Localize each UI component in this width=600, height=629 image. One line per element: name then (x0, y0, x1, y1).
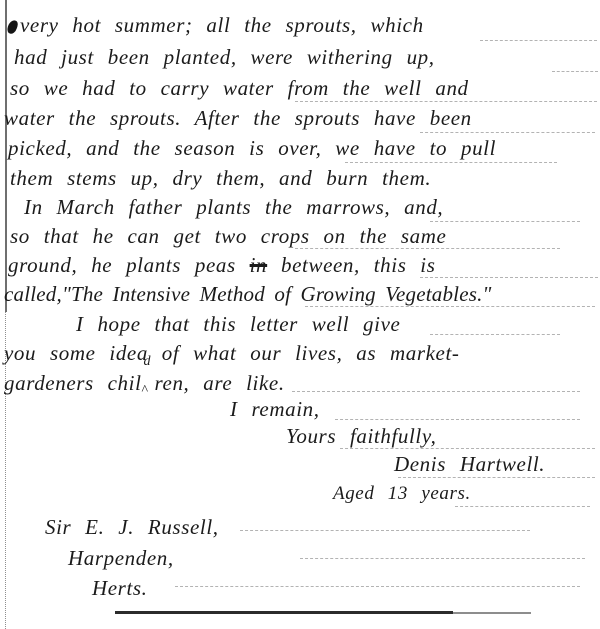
age-note-text: Aged 13 years. (333, 483, 471, 504)
body-line: so that he can get two crops on the same (10, 223, 446, 249)
body-line: you some idea of what our lives, as mark… (4, 340, 460, 366)
ruled-line (300, 558, 585, 559)
inserted-letter: d (144, 355, 152, 369)
body-line-text: so we had to carry water from the well a… (10, 76, 469, 100)
ruled-line (430, 334, 560, 335)
body-line-text: called,"The Intensive Method of Growing … (4, 282, 492, 306)
body-line-text: you some idea of what our lives, as mark… (4, 341, 460, 365)
ruled-line (240, 530, 530, 531)
addressee-text: Harpenden, (68, 546, 174, 570)
body-line-text: very hot summer; all the sprouts, which (20, 13, 424, 37)
ruled-line (335, 419, 580, 420)
ruled-line (292, 391, 580, 392)
body-line: water the sprouts. After the sprouts hav… (4, 105, 472, 131)
struck-out-word: in (250, 253, 268, 277)
body-line: picked, and the season is over, we have … (8, 135, 496, 161)
addressee-line: Herts. (92, 575, 148, 601)
closing-line: Yours faithfully, (286, 423, 436, 449)
caret-mark: ^ (142, 384, 149, 398)
signature-text: Denis Hartwell. (394, 452, 545, 476)
body-line-text: gardeners chil (4, 371, 142, 395)
body-line: so we had to carry water from the well a… (10, 75, 469, 101)
body-line-text: ren, are like. (155, 371, 285, 395)
body-line-text: them stems up, dry them, and burn them. (10, 166, 431, 190)
caret-insertion: d^ (142, 369, 155, 390)
body-line: called,"The Intensive Method of Growing … (4, 281, 492, 307)
bottom-rule-extension (453, 612, 531, 614)
ink-blot-icon (6, 19, 19, 35)
body-line-text: In March father plants the marrows, and, (24, 195, 443, 219)
body-line: I hope that this letter well give (76, 311, 400, 337)
letter-page: very hot summer; all the sprouts, which … (0, 0, 600, 629)
body-line-text: had just been planted, were withering up… (14, 45, 435, 69)
body-line: very hot summer; all the sprouts, which (8, 12, 424, 38)
body-line: ground, he plants peas in between, this … (8, 252, 436, 278)
ruled-line (430, 221, 580, 222)
addressee-text: Sir E. J. Russell, (45, 515, 219, 539)
ruled-line (455, 506, 590, 507)
body-line-text: picked, and the season is over, we have … (8, 136, 496, 160)
closing-text: I remain, (230, 397, 320, 421)
ruled-line (345, 162, 557, 163)
signature: Denis Hartwell. (394, 451, 545, 477)
ruled-line (420, 132, 595, 133)
body-line-text: between, this is (281, 253, 436, 277)
ruled-line (175, 586, 580, 587)
bottom-rule (115, 611, 453, 614)
ruled-line (295, 101, 597, 102)
body-line-text: so that he can get two crops on the same (10, 224, 446, 248)
body-line: them stems up, dry them, and burn them. (10, 165, 431, 191)
ruled-line (420, 277, 598, 278)
body-line: had just been planted, were withering up… (14, 44, 435, 70)
closing-line: I remain, (230, 396, 320, 422)
ruled-line (398, 477, 595, 478)
body-line: gardeners child^ren, are like. (4, 369, 285, 396)
ruled-line (480, 40, 597, 41)
body-line-text: water the sprouts. After the sprouts hav… (4, 106, 472, 130)
addressee-line: Sir E. J. Russell, (45, 514, 219, 540)
body-line-text: I hope that this letter well give (76, 312, 400, 336)
ruled-line (552, 71, 598, 72)
age-note: Aged 13 years. (333, 481, 471, 507)
body-line-text: ground, he plants peas (8, 253, 236, 277)
left-margin-line (5, 0, 7, 312)
addressee-line: Harpenden, (68, 545, 174, 571)
body-line: In March father plants the marrows, and, (24, 194, 443, 220)
closing-text: Yours faithfully, (286, 424, 436, 448)
addressee-text: Herts. (92, 576, 148, 600)
